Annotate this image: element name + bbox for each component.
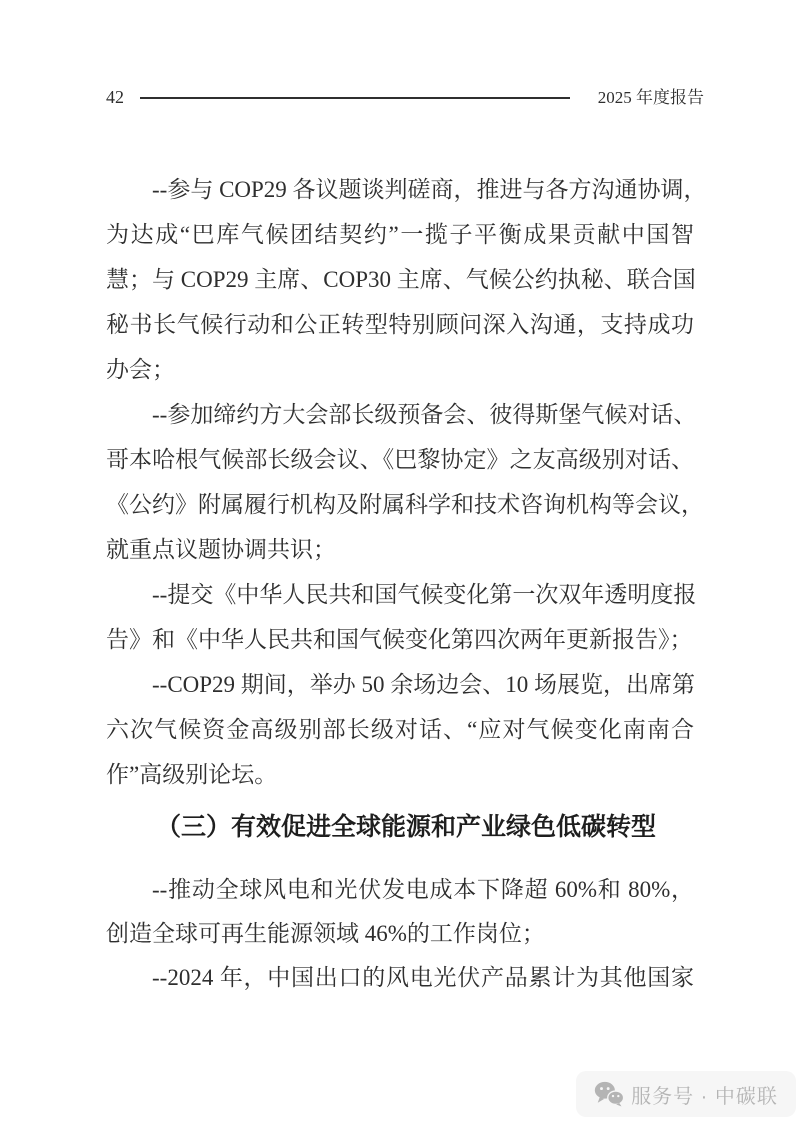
badge-label: 服务号 · 中碳联 <box>631 1080 778 1109</box>
text-line: 告》和《中华人民共和国气候变化第四次两年更新报告》； <box>106 617 694 662</box>
text-line: 为达成“巴库气候团结契约”一揽子平衡成果贡献中国智 <box>106 212 694 257</box>
text-line: 《公约》附属履行机构及附属科学和技术咨询机构等会议， <box>106 482 694 527</box>
wechat-badge: 服务号 · 中碳联 <box>576 1071 796 1117</box>
section-heading: （三）有效促进全球能源和产业绿色低碳转型 <box>106 805 726 851</box>
text-line: --提交《中华人民共和国气候变化第一次双年透明度报 <box>106 572 694 617</box>
text-line: 就重点议题协调共识； <box>106 527 694 572</box>
report-page: 42 2025 年度报告 --参与 COP29 各议题谈判磋商，推进与各方沟通协… <box>0 0 800 1130</box>
text-line: --推动全球风电和光伏发电成本下降超 60%和 80%， <box>106 867 694 912</box>
text-line: 作”高级别论坛。 <box>106 752 694 797</box>
page-number: 42 <box>106 87 124 107</box>
text-line: 创造全球可再生能源领域 46%的工作岗位； <box>106 911 694 956</box>
text-line: 秘书长气候行动和公正转型特别顾问深入沟通，支持成功 <box>106 302 694 347</box>
header-rule <box>140 97 570 99</box>
text-line: 办会； <box>106 347 694 392</box>
text-line: 六次气候资金高级别部长级对话、“应对气候变化南南合 <box>106 707 694 752</box>
text-line: 慧；与 COP29 主席、COP30 主席、气候公约执秘、联合国 <box>106 257 694 302</box>
text-line: --参加缔约方大会部长级预备会、彼得斯堡气候对话、 <box>106 392 694 437</box>
text-line: --COP29 期间，举办 50 余场边会、10 场展览，出席第 <box>106 662 694 707</box>
text-line: --2024 年，中国出口的风电光伏产品累计为其他国家 <box>106 955 694 1000</box>
wechat-icon <box>594 1081 624 1107</box>
text-line: --参与 COP29 各议题谈判磋商，推进与各方沟通协调， <box>106 167 694 212</box>
report-title: 2025 年度报告 <box>598 88 704 108</box>
text-line: 哥本哈根气候部长级会议、《巴黎协定》之友高级别对话、 <box>106 437 694 482</box>
